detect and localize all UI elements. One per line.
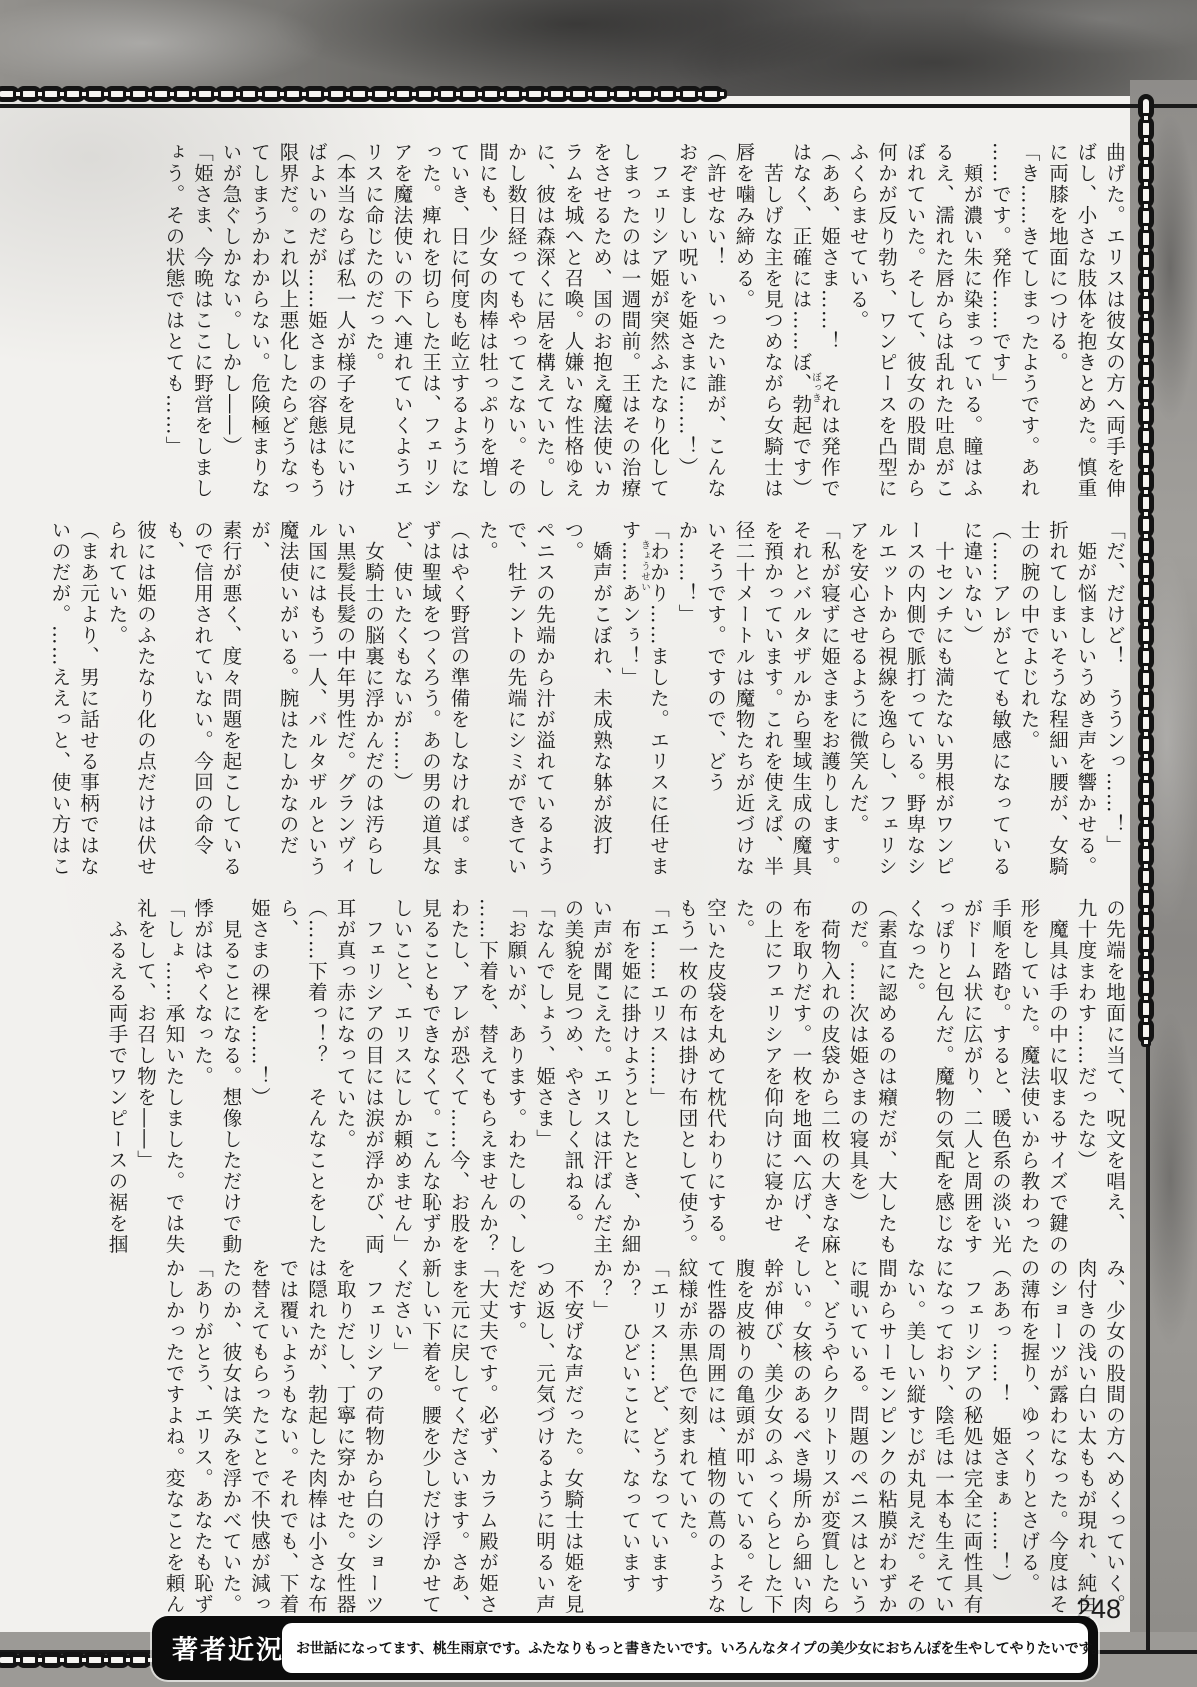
chain-link-icon <box>453 89 463 99</box>
chain-link-icon <box>13 1655 23 1665</box>
text-column: フェリシア姫が突然ふたなり化して <box>644 142 673 500</box>
chain-border-top-icon <box>0 86 720 102</box>
text-column: （ああ、姫さま……！ それは発作で <box>815 142 844 500</box>
chain-link-icon <box>57 89 67 99</box>
stone-texture-top <box>0 0 1197 96</box>
chain-link-icon <box>343 89 353 99</box>
text-column: 「大丈夫です。必ず、カラム殿が姫さ <box>473 1258 502 1616</box>
chain-link-icon <box>1141 223 1151 233</box>
text-column: フェリシアの荷物から白のショーツ <box>359 1258 388 1616</box>
text-column: 耳が真っ赤になっていた。 <box>330 898 359 1256</box>
text-column: の先端を地面に当て、呪文を唱え、 <box>1100 898 1129 1256</box>
chain-link-icon <box>1141 179 1151 189</box>
text-column: ばよいのだが……姫さまの容態はもう <box>302 142 331 500</box>
text-column: はなく、正確には……ぼ、勃起です） <box>786 142 815 500</box>
text-column: 「エ……エリス……」 <box>644 898 673 1256</box>
chain-link-icon <box>1141 729 1151 739</box>
text-column: をさせるため、国のお抱え魔法使いカ <box>587 142 616 500</box>
text-column: 姫が悩ましいうめき声を響かせる。 <box>1071 520 1100 878</box>
text-column: 見ることになる。想像しただけで動 <box>216 898 245 1256</box>
chain-link-icon <box>79 89 89 99</box>
chain-link-icon <box>1141 135 1151 145</box>
text-column: 新しい下着を。腰を少しだけ浮かせて <box>416 1258 445 1616</box>
chain-link-icon <box>497 89 507 99</box>
author-note-text: お世話になってます、桃生雨京です。ふたなりもっと書きたいです。いろんなタイプの美… <box>296 1638 1105 1658</box>
chain-link-icon <box>695 89 705 99</box>
chain-link-icon <box>1141 971 1151 981</box>
text-column: に覗いている。問題のペニスはという <box>843 1258 872 1616</box>
chain-link-icon <box>431 89 441 99</box>
text-column: 曲げた。エリスは彼女の方へ両手を伸 <box>1100 142 1129 500</box>
text-column: は隠れたが、勃起した肉棒は小さな布 <box>302 1258 331 1616</box>
text-column: 見ることもできなくて。こんな恥ずか <box>416 898 445 1256</box>
text-column: 素行が悪く、度々問題を起こしている <box>216 520 245 878</box>
text-column: （……下着っ！？ そんなことをしたら、 <box>273 898 330 1256</box>
text-column: の薄布を握り、ゆっくりとさげる。 <box>1014 1258 1043 1616</box>
chain-link-icon <box>1141 377 1151 387</box>
chain-link-icon <box>1141 531 1151 541</box>
text-column: かし数日経ってもやってこない。その <box>501 142 530 500</box>
text-column: た。 <box>473 520 502 878</box>
chain-link-icon <box>1141 619 1151 629</box>
chain-link-icon <box>1141 663 1151 673</box>
text-column: 肉付きの浅い白い太ももが現れ、純白 <box>1071 1258 1100 1616</box>
chain-link-icon <box>1141 597 1151 607</box>
text-column: のショーツが露わになった。今度はそ <box>1043 1258 1072 1616</box>
text-column: ので信用されていない。今回の命令も、 <box>159 520 216 878</box>
chain-link-icon <box>585 89 595 99</box>
text-column: ょう。その状態ではとても……」 <box>159 142 188 500</box>
text-column: がドーム状に広がり、二人と周囲をす <box>957 898 986 1256</box>
text-column: られていた。 <box>102 520 131 878</box>
text-column: 「ありがとう、エリス。あなたも恥ず <box>188 1258 217 1616</box>
chain-link-icon <box>387 89 397 99</box>
text-column: 「しょ……承知いたしました。では失 <box>159 898 188 1256</box>
text-column: ていき、日に何度も屹立するようにな <box>444 142 473 500</box>
chain-link-icon <box>1141 157 1151 167</box>
chain-link-icon <box>1141 949 1151 959</box>
chain-link-icon <box>13 89 23 99</box>
chain-link-icon <box>167 89 177 99</box>
text-column: 空いた皮袋を丸めて枕代わりにする。 <box>701 898 730 1256</box>
chain-link-icon <box>57 1655 67 1665</box>
text-column: った。痺れを切らした王は、フェリシ <box>416 142 445 500</box>
text-column: 嬌声がこぼれ、未成熟な躰が波打つ。 <box>558 520 615 878</box>
chain-link-icon <box>299 89 309 99</box>
text-column: 魔具は手の中に収まるサイズで鍵の <box>1043 898 1072 1256</box>
text-column: 士の腕の中でよじれた。 <box>1014 520 1043 878</box>
text-column: て性器の周囲には、植物の蔦のような <box>701 1258 730 1616</box>
author-note-panel: お世話になってます、桃生雨京です。ふたなりもっと書きたいです。いろんなタイプの美… <box>282 1623 1088 1673</box>
text-column: 折れてしまいそうな程細い腰が、女騎 <box>1043 520 1072 878</box>
text-column: 限界だ。これ以上悪化したらどうなっ <box>273 142 302 500</box>
chain-link-icon <box>35 1655 45 1665</box>
chain-link-icon <box>1141 201 1151 211</box>
chain-link-icon <box>717 89 727 99</box>
chain-link-icon <box>1141 685 1151 695</box>
text-column: の美貌を見つめ、やさしく訊ねる。 <box>558 898 587 1256</box>
text-column: み、少女の股間の方へめくっていく。 <box>1100 1258 1129 1616</box>
text-column: に両膝を地面につける。 <box>1043 142 1072 500</box>
chain-link-icon <box>211 89 221 99</box>
chain-link-icon <box>1141 993 1151 1003</box>
text-column: ……です。発作……です」 <box>986 142 1015 500</box>
chain-link-icon <box>1141 927 1151 937</box>
chain-link-icon <box>1141 421 1151 431</box>
text-column: では覆いようもない。それでも、下着 <box>273 1258 302 1616</box>
text-column: ど、使いたくもないが……） <box>387 520 416 878</box>
text-band-4: み、少女の股間の方へめくっていく。肉付きの浅い白い太ももが現れ、純白のショーツが… <box>158 1258 1128 1616</box>
chain-link-icon <box>145 89 155 99</box>
chain-link-icon <box>1141 1015 1151 1025</box>
text-column: しい。女核のあるべき場所から細い肉 <box>786 1258 815 1616</box>
furigana-kyousei: きょうせい <box>637 540 651 593</box>
chain-link-icon <box>1141 883 1151 893</box>
text-column: を替えてもらったことで不快感が減っ <box>245 1258 274 1616</box>
text-column: で、牡テントの先端にシミができてい <box>501 520 530 878</box>
text-column: 「だ、だけど！ ううンっ……！」 <box>1100 520 1129 878</box>
text-column: いそうです。ですので、どうか……！」 <box>672 520 729 878</box>
chain-link-icon <box>563 89 573 99</box>
text-band-3: の先端を地面に当て、呪文を唱え、九十度まわす……だったな） 魔具は手の中に収まる… <box>158 898 1128 1256</box>
text-column: をだす。 <box>501 1258 530 1616</box>
text-column: か？」 <box>587 1258 616 1616</box>
text-column: （ああっ……！ 姫さまぁ……！） <box>986 1258 1015 1616</box>
text-column: 彼には姫のふたなり化の点だけは伏せ <box>131 520 160 878</box>
text-column: 間にも、少女の肉棒は牡っぷりを増し <box>473 142 502 500</box>
chain-link-icon <box>1141 333 1151 343</box>
text-column: くなった。 <box>900 898 929 1256</box>
chain-link-icon <box>651 89 661 99</box>
text-column: 「私が寝ずに姫さまをお護りします。 <box>815 520 844 878</box>
text-column: を取りだし、丁寧に穿かせた。女性器 <box>330 1258 359 1616</box>
text-column: 間からサーモンピンクの粘膜がわずか <box>872 1258 901 1616</box>
text-column: ない。美しい縦すじが丸見えだ。その <box>900 1258 929 1616</box>
text-column: を預かっています。これを使えば、半 <box>758 520 787 878</box>
text-column: 手順を踏む。すると、暖色系の淡い光 <box>986 898 1015 1256</box>
text-column: ースの内側で脈打っている。野卑なシ <box>900 520 929 878</box>
text-column: 形をしていた。魔法使いから教わった <box>1014 898 1043 1256</box>
chain-link-icon <box>1141 905 1151 915</box>
text-column: 「き……きてしまったようです。あれ <box>1014 142 1043 500</box>
text-column: いが急ぐしかない。しかし――） <box>216 142 245 500</box>
text-column: （まあ元より、男に話せる事柄ではな <box>74 520 103 878</box>
text-column: ……下着を、替えてもらえませんか？ <box>473 898 502 1256</box>
text-column: い声が聞こえた。エリスは汗ばんだ主 <box>587 898 616 1256</box>
text-column: 「なんでしょう、姫さま」 <box>530 898 559 1256</box>
text-column: 腹を皮被りの亀頭が叩いている。そし <box>729 1258 758 1616</box>
chain-link-icon <box>79 1655 89 1665</box>
text-column: と、どうやらクリトリスが変質したら <box>815 1258 844 1616</box>
text-column: っぽりと包んだ。魔物の気配を感じな <box>929 898 958 1256</box>
text-column: に、彼は森深くに居を構えていた。し <box>530 142 559 500</box>
text-column: しまったのは一週間前。王はその治療 <box>615 142 644 500</box>
chain-link-icon <box>1141 487 1151 497</box>
text-column: アを安心させるように微笑んだ。 <box>843 520 872 878</box>
chain-link-icon <box>1141 443 1151 453</box>
chain-link-icon <box>1141 355 1151 365</box>
text-column: フェリシアの秘処は完全に両性具有 <box>957 1258 986 1616</box>
text-column: いのだが。……ええっと、使い方はこ <box>45 520 74 878</box>
text-column: ルエットから視線を逸らし、フェリシ <box>872 520 901 878</box>
text-column: つめ返し、元気づけるように明るい声 <box>530 1258 559 1616</box>
text-column: （許せない！ いったい誰が、こんな <box>701 142 730 500</box>
chain-link-icon <box>1141 1037 1151 1047</box>
text-column: ばし、小さな肢体を抱きとめた。慎重 <box>1071 142 1100 500</box>
chain-link-icon <box>1141 707 1151 717</box>
chain-link-icon <box>541 89 551 99</box>
text-column: 女騎士の脳裏に浮かんだのは汚らし <box>359 520 388 878</box>
chain-link-icon <box>1141 509 1151 519</box>
chain-link-icon <box>35 89 45 99</box>
text-column: の上にフェリシアを仰向けに寝かせた。 <box>729 898 786 1256</box>
text-band-1: 曲げた。エリスは彼女の方へ両手を伸ばし、小さな肢体を抱きとめた。慎重に両膝を地面… <box>158 142 1128 500</box>
text-column: るえ、濡れた唇からは乱れた吐息がこ <box>929 142 958 500</box>
chain-link-icon <box>475 89 485 99</box>
text-column: 布を姫に掛けようとしたとき、か細 <box>615 898 644 1256</box>
chain-link-icon <box>1141 245 1151 255</box>
chain-link-icon <box>607 89 617 99</box>
text-column: 紋様が赤黒色で刻まれていた。 <box>672 1258 701 1616</box>
chain-link-icon <box>1141 289 1151 299</box>
text-column: 苦しげな主を見つめながら女騎士は <box>758 142 787 500</box>
text-column: に違いない） <box>957 520 986 878</box>
chain-link-icon <box>629 89 639 99</box>
chain-link-icon <box>277 89 287 99</box>
chain-link-icon <box>123 1655 133 1665</box>
text-column: のだ。……次は姫さまの寝具を） <box>843 898 872 1256</box>
chain-link-icon <box>1141 311 1151 321</box>
text-column: 十センチにも満たない男根がワンピ <box>929 520 958 878</box>
text-column: 九十度まわす……だったな） <box>1071 898 1100 1256</box>
chain-link-icon <box>321 89 331 99</box>
chain-link-icon <box>255 89 265 99</box>
text-column: ぼれていた。そして、彼女の股間から <box>900 142 929 500</box>
text-column: それとバルタザルから聖域生成の魔具 <box>786 520 815 878</box>
text-column: フェリシアの目には涙が浮かび、両 <box>359 898 388 1256</box>
text-column: おぞましい呪いを姫さまに……！） <box>672 142 701 500</box>
text-column: ラムを城へと召喚。人嫌いな性格ゆえ <box>558 142 587 500</box>
chain-link-icon <box>1141 861 1151 871</box>
text-column: 荷物入れの皮袋から二枚の大きな麻 <box>815 898 844 1256</box>
text-column: 幹が伸び、美少女のふっくらとした下 <box>758 1258 787 1616</box>
text-column: てしまうかわからない。危険極まりな <box>245 142 274 500</box>
chain-link-icon <box>233 89 243 99</box>
chain-link-icon <box>1141 839 1151 849</box>
text-column: （はやく野営の準備をしなければ。ま <box>444 520 473 878</box>
text-column: まを元に戻してくださいます。さあ、 <box>444 1258 473 1616</box>
chain-link-icon <box>101 89 111 99</box>
text-column: ル国にはもう一人、バルタザルという <box>302 520 331 878</box>
chain-link-icon <box>1141 817 1151 827</box>
chain-link-icon <box>365 89 375 99</box>
text-column: かしかったですよね。変なことを頼ん <box>159 1258 188 1616</box>
text-column: （本当ならば私一人が様子を見にいけ <box>330 142 359 500</box>
chain-link-icon <box>1141 399 1151 409</box>
text-column: ふくらませている。 <box>843 142 872 500</box>
text-column: い黒髪長髪の中年男性だ。グランヴィ <box>330 520 359 878</box>
chain-link-icon <box>1141 795 1151 805</box>
chain-link-icon <box>1141 267 1151 277</box>
chain-link-icon <box>409 89 419 99</box>
text-column: 唇を噛み締める。 <box>729 142 758 500</box>
text-column: 礼をして、お召し物を――」 <box>131 898 160 1256</box>
chain-link-icon <box>1141 113 1151 123</box>
text-column: 頬が濃い朱に染まっている。瞳はふ <box>957 142 986 500</box>
text-column: になっており、陰毛は一本も生えてい <box>929 1258 958 1616</box>
text-column: ペニスの先端から汁が溢れているよう <box>530 520 559 878</box>
chain-link-icon <box>189 89 199 99</box>
text-column: アを魔法使いの下へ連れていくようエ <box>387 142 416 500</box>
chain-link-icon <box>673 89 683 99</box>
text-column: 径二十メートルは魔物たちが近づけな <box>729 520 758 878</box>
text-column: 悸がはやくなった。 <box>188 898 217 1256</box>
text-column: 何かが反り勃ち、ワンピースを凸型に <box>872 142 901 500</box>
text-column: （……アレがとても敏感になっている <box>986 520 1015 878</box>
text-column: 「エリス……ど、どうなっています <box>644 1258 673 1616</box>
chain-border-right-icon <box>1138 94 1154 1040</box>
text-column: 布を取りだす。一枚を地面へ広げ、そ <box>786 898 815 1256</box>
text-column: （素直に認めるのは癪だが、大したも <box>872 898 901 1256</box>
chain-link-icon <box>519 89 529 99</box>
chain-link-icon <box>123 89 133 99</box>
text-column: 「姫さま、今晩はここに野営をしまし <box>188 142 217 500</box>
text-column: ふるえる両手でワンピースの裾を掴 <box>102 898 131 1256</box>
furigana-bokki: ぼっき <box>808 372 822 404</box>
text-column: わたし、アレが恐くて……今、お股を <box>444 898 473 1256</box>
text-column: 姫さまの裸を……！） <box>245 898 274 1256</box>
text-column: 「お願いが、あります。わたしの、し <box>501 898 530 1256</box>
chain-link-icon <box>1141 553 1151 563</box>
chain-link-icon <box>1141 751 1151 761</box>
chain-link-icon <box>1141 465 1151 475</box>
text-column: か？ ひどいことに、なっています <box>615 1258 644 1616</box>
chain-link-icon <box>1141 773 1151 783</box>
text-column: ください」 <box>387 1258 416 1616</box>
text-column: リスに命じたのだった。 <box>359 142 388 500</box>
chain-link-icon <box>1141 575 1151 585</box>
chain-link-icon <box>1141 641 1151 651</box>
border-rule-top <box>0 104 1197 108</box>
text-column: しいこと、エリスにしか頼めません」 <box>387 898 416 1256</box>
text-column: 不安げな声だった。女騎士は姫を見 <box>558 1258 587 1616</box>
text-column: たのか、彼女は笑みを浮かべていた。 <box>216 1258 245 1616</box>
text-column: 魔法使いがいる。腕はたしかなのだが、 <box>245 520 302 878</box>
author-note-bar: 著者近況 お世話になってます、桃生雨京です。ふたなりもっと書きたいです。いろんな… <box>152 1616 1098 1680</box>
text-column: もう一枚の布は掛け布団として使う。 <box>672 898 701 1256</box>
chain-link-icon <box>101 1655 111 1665</box>
author-note-label: 著者近況 <box>172 1630 284 1667</box>
text-column: ずは聖域をつくろう。あの男の道具な <box>416 520 445 878</box>
